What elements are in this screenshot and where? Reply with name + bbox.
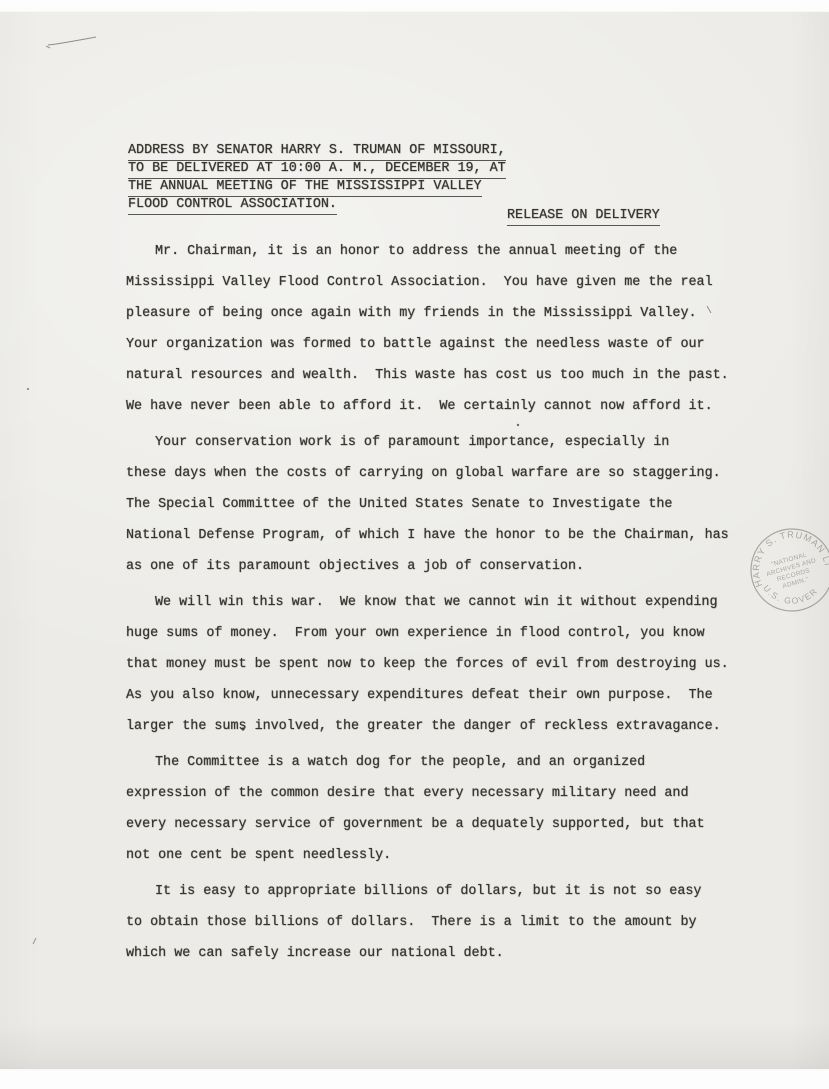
body-line: that money must be spent now to keep the… <box>126 649 786 680</box>
body-line: It is easy to appropriate billions of do… <box>126 876 786 907</box>
header-line: ADDRESS BY SENATOR HARRY S. TRUMAN OF MI… <box>128 142 506 160</box>
header-line: THE ANNUAL MEETING OF THE MISSISSIPPI VA… <box>128 178 506 196</box>
body-line: Your organization was formed to battle a… <box>126 329 786 360</box>
body-line: larger the sums involved, the greater th… <box>126 711 786 742</box>
body-line: which we can safely increase our nationa… <box>126 938 786 969</box>
body-line: huge sums of money. From your own experi… <box>126 618 786 649</box>
body-line: these days when the costs of carrying on… <box>126 458 786 489</box>
body-line: As you also know, unnecessary expenditur… <box>126 680 786 711</box>
body-line: Mr. Chairman, it is an honor to address … <box>126 236 786 267</box>
body-line: expression of the common desire that eve… <box>126 778 786 809</box>
body-line: National Defense Program, of which I hav… <box>126 520 786 551</box>
stray-tick <box>33 938 36 944</box>
document-header: ADDRESS BY SENATOR HARRY S. TRUMAN OF MI… <box>128 142 506 214</box>
release-note: RELEASE ON DELIVERY <box>507 208 660 226</box>
body-line: We have never been able to afford it. We… <box>126 391 786 422</box>
document-body: Mr. Chairman, it is an honor to address … <box>126 236 786 969</box>
archives-stamp: HARRY S. TRUMAN LI U.S. GOVER "NATIONAL … <box>745 520 829 624</box>
body-line: as one of its paramount objectives a job… <box>126 551 786 582</box>
body-line: to obtain those billions of dollars. The… <box>126 907 786 938</box>
header-line: TO BE DELIVERED AT 10:00 A. M., DECEMBER… <box>128 160 506 178</box>
body-line: every necessary service of government be… <box>126 809 786 840</box>
body-line: pleasure of being once again with my fri… <box>126 298 786 329</box>
body-line: Your conservation work is of paramount i… <box>126 427 786 458</box>
stray-dot <box>27 388 29 390</box>
paper-sheet: ADDRESS BY SENATOR HARRY S. TRUMAN OF MI… <box>0 12 829 1069</box>
body-line: Mississippi Valley Flood Control Associa… <box>126 267 786 298</box>
body-line: The Committee is a watch dog for the peo… <box>126 747 786 778</box>
body-line: natural resources and wealth. This waste… <box>126 360 786 391</box>
pencil-mark <box>48 37 96 45</box>
body-line: not one cent be spent needlessly. <box>126 840 786 871</box>
body-line: The Special Committee of the United Stat… <box>126 489 786 520</box>
body-line: We will win this war. We know that we ca… <box>126 587 786 618</box>
header-line: FLOOD CONTROL ASSOCIATION. <box>128 196 506 214</box>
pencil-mark-tail <box>46 46 50 48</box>
scanned-page: ADDRESS BY SENATOR HARRY S. TRUMAN OF MI… <box>0 0 829 1089</box>
